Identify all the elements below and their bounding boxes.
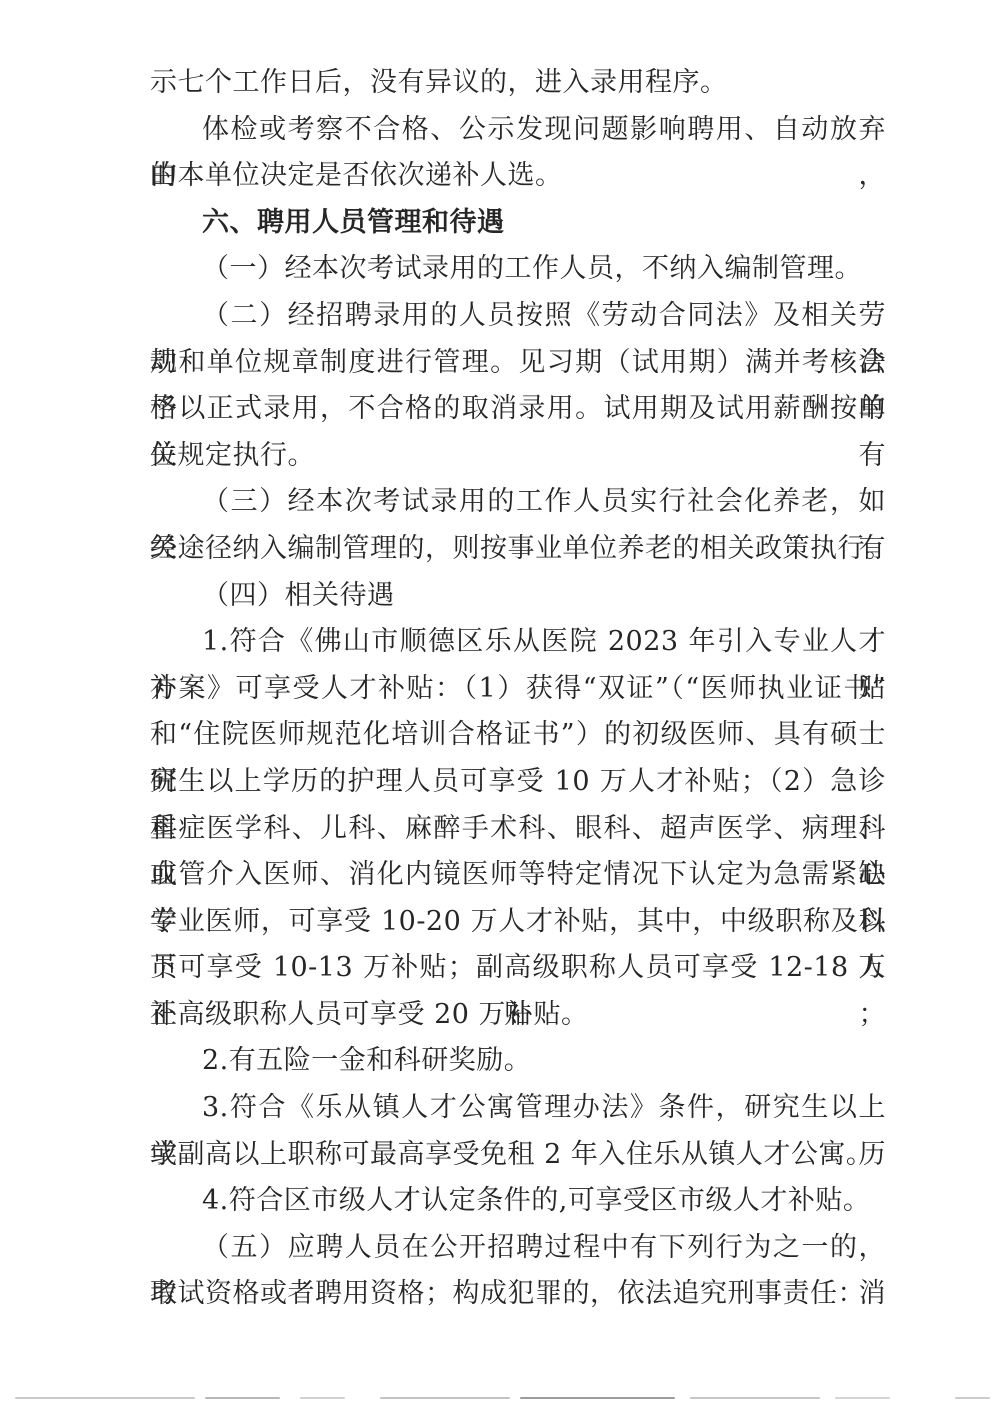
text-line: 规和单位规章制度进行管理。见习期（试用期）满并考核合格的 <box>150 340 886 387</box>
text-line: 体检或考察不合格、公示发现问题影响聘用、自动放弃的， <box>150 107 886 154</box>
text-line: 关途径纳入编制管理的，则按事业单位养老的相关政策执行。 <box>150 526 886 573</box>
text-line: 示七个工作日后，没有异议的，进入录用程序。 <box>150 60 886 107</box>
scan-artifact-segment <box>520 1397 675 1399</box>
text-line: （四）相关待遇 <box>150 573 886 620</box>
text-line: 专业医师，可享受 10-20 万人才补贴，其中，中级职称及以下人 <box>150 899 886 946</box>
scan-artifact-segment <box>835 1397 890 1399</box>
text-line: （一）经本次考试录用的工作人员，不纳入编制管理。 <box>150 246 886 293</box>
text-line: 予以正式录用，不合格的取消录用。试用期及试用薪酬按单位有 <box>150 386 886 433</box>
scan-artifact-segment <box>690 1397 820 1399</box>
scan-artifact-line <box>0 1396 1000 1400</box>
text-line: 血管介入医师、消化内镜医师等特定情况下认定为急需紧缺学科 <box>150 852 886 899</box>
text-line: 员可享受 10-13 万补贴；副高级职称人员可享受 12-18 万补贴； <box>150 945 886 992</box>
text-line: 或副高以上职称可最高享受免租 2 年入住乐从镇人才公寓。 <box>150 1132 886 1179</box>
text-line: 4.符合区市级人才认定条件的,可享受区市级人才补贴。 <box>150 1178 886 1225</box>
text-line: 重症医学科、儿科、麻醉手术科、眼科、超声医学、病理科或心 <box>150 806 886 853</box>
text-line: 3.符合《乐从镇人才公寓管理办法》条件，研究生以上学历 <box>150 1085 886 1132</box>
text-line: 1.符合《佛山市顺德区乐从医院 2023 年引入专业人才补贴 <box>150 619 886 666</box>
text-line: （二）经招聘录用的人员按照《劳动合同法》及相关劳动法 <box>150 293 886 340</box>
text-line: 六、聘用人员管理和待遇 <box>150 200 886 247</box>
scan-artifact-segment <box>205 1397 280 1399</box>
text-line: 方案》可享受人才补贴：（1）获得“双证”（“医师执业证书” <box>150 666 886 713</box>
scan-artifact-segment <box>955 1397 990 1399</box>
scan-artifact-segment <box>300 1397 345 1399</box>
text-line: 2.有五险一金和科研奖励。 <box>150 1038 886 1085</box>
text-line: 和“住院医师规范化培训合格证书”）的初级医师、具有硕士研 <box>150 712 886 759</box>
text-line: （三）经本次考试录用的工作人员实行社会化养老，如经有 <box>150 479 886 526</box>
text-line: 究生以上学历的护理人员可享受 10 万人才补贴；（2）急诊科、 <box>150 759 886 806</box>
text-line: （五）应聘人员在公开招聘过程中有下列行为之一的，取消 <box>150 1225 886 1272</box>
document-text-block: 示七个工作日后，没有异议的，进入录用程序。体检或考察不合格、公示发现问题影响聘用… <box>150 60 886 1318</box>
text-line: 考试资格或者聘用资格；构成犯罪的，依法追究刑事责任： <box>150 1271 886 1318</box>
document-page: 示七个工作日后，没有异议的，进入录用程序。体检或考察不合格、公示发现问题影响聘用… <box>0 0 1000 1414</box>
scan-artifact-segment <box>15 1397 195 1399</box>
scan-artifact-segment <box>380 1397 510 1399</box>
